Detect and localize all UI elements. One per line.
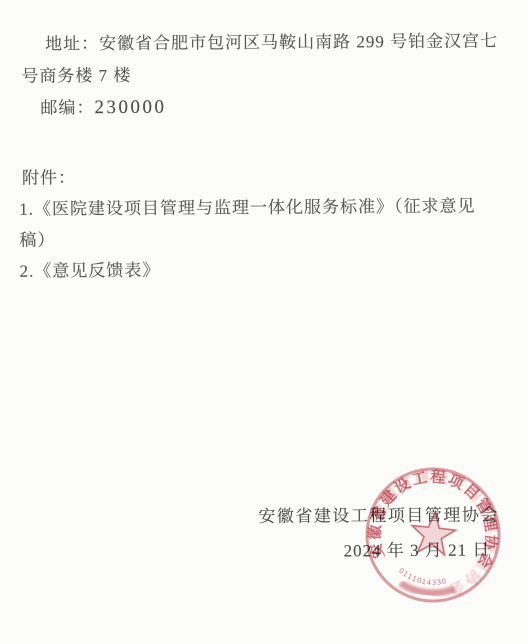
official-seal: 安徽省建设工程项目管理协会 安徽省建设工程项目管理协会 0111014330 bbox=[357, 459, 509, 611]
attachments-heading: 附件： bbox=[22, 168, 76, 189]
attachment-item-2: 2.《意见反馈表》 bbox=[20, 261, 161, 282]
postal-code: 230000 bbox=[94, 97, 166, 119]
star-icon bbox=[409, 510, 457, 556]
document-page: 地址：安徽省合肥市包河区马鞍山南路 299 号铂金汉宫七 号商务楼 7 楼 邮编… bbox=[0, 0, 528, 644]
attachment-item-1-line-1: 1.《医院建设项目管理与监理一体化服务标准》（征求意见 bbox=[19, 197, 475, 221]
official-seal-graphic: 安徽省建设工程项目管理协会 安徽省建设工程项目管理协会 0111014330 bbox=[357, 459, 509, 611]
address-line-2: 号商务楼 7 楼 bbox=[21, 66, 131, 87]
address-line-1: 地址：安徽省合肥市包河区马鞍山南路 299 号铂金汉宫七 bbox=[45, 31, 498, 55]
postal-line: 邮编：230000 bbox=[40, 97, 166, 121]
attachment-item-1-line-2: 稿） bbox=[19, 230, 55, 251]
postal-label: 邮编： bbox=[40, 98, 94, 117]
